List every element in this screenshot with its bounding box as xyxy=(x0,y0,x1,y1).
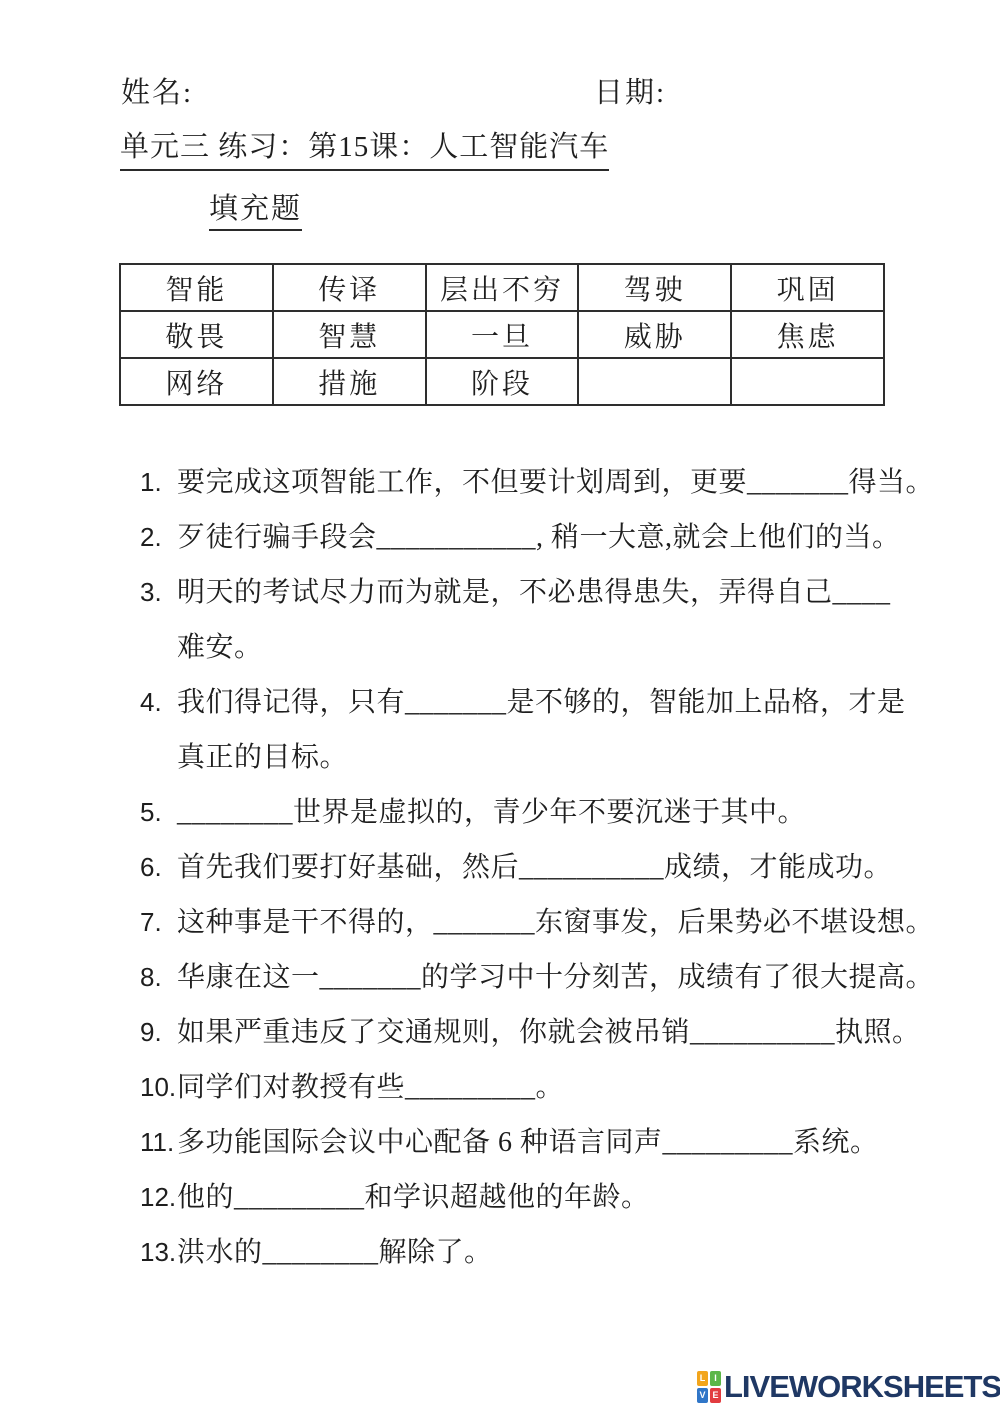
question-item: 7.这种事是干不得的，_______东窗事发，后果势必不堪设想。 xyxy=(140,895,945,950)
i-tile-icon: I xyxy=(710,1371,721,1386)
word-bank-row: 敬畏智慧一旦威胁焦虑 xyxy=(120,311,884,358)
question-number: 8. xyxy=(140,950,177,1005)
l-tile-icon: L xyxy=(697,1371,708,1386)
question-text: 我们得记得，只有_______是不够的，智能加上品格，才是 真正的目标。 xyxy=(177,675,906,785)
question-text: 首先我们要打好基础，然后__________成绩，才能成功。 xyxy=(177,840,892,895)
questions-list: 1.要完成这项智能工作，不但要计划周到，更要_______得当。2.歹徒行骗手段… xyxy=(140,455,945,1280)
date-label: 日期: xyxy=(594,70,666,111)
word-bank-table: 智能传译层出不穷驾驶巩固敬畏智慧一旦威胁焦虑网络措施阶段 xyxy=(119,263,885,406)
question-text: 明天的考试尽力而为就是，不必患得患失，弄得自己____ 难安。 xyxy=(177,565,891,675)
page-title: 单元三 练习：第15课：人工智能汽车 xyxy=(120,124,609,171)
liveworksheets-logo[interactable]: LIVE LIVEWORKSHEETS xyxy=(697,1369,1000,1405)
question-item: 6.首先我们要打好基础，然后__________成绩，才能成功。 xyxy=(140,840,945,895)
question-number: 7. xyxy=(140,895,177,950)
section-heading: 填充题 xyxy=(209,186,302,231)
word-bank-cell xyxy=(731,358,884,405)
word-bank-cell: 一旦 xyxy=(426,311,579,358)
liveworksheets-logo-text: LIVEWORKSHEETS xyxy=(724,1369,1000,1405)
question-number: 12. xyxy=(140,1170,177,1225)
question-number: 3. xyxy=(140,565,177,620)
e-tile-icon: E xyxy=(710,1388,721,1403)
question-text: ________世界是虚拟的，青少年不要沉迷于其中。 xyxy=(177,785,806,840)
word-bank-row: 智能传译层出不穷驾驶巩固 xyxy=(120,264,884,311)
header-row: 姓名: 日期: xyxy=(0,70,1000,110)
question-item: 4.我们得记得，只有_______是不够的，智能加上品格，才是 真正的目标。 xyxy=(140,675,945,785)
question-text: 这种事是干不得的，_______东窗事发，后果势必不堪设想。 xyxy=(177,895,934,950)
question-item: 11.多功能国际会议中心配备 6 种语言同声_________系统。 xyxy=(140,1115,945,1170)
word-bank-cell: 威胁 xyxy=(578,311,731,358)
word-bank-cell: 驾驶 xyxy=(578,264,731,311)
question-item: 5.________世界是虚拟的，青少年不要沉迷于其中。 xyxy=(140,785,945,840)
question-number: 10. xyxy=(140,1060,177,1115)
question-number: 2. xyxy=(140,510,177,565)
word-bank-cell: 敬畏 xyxy=(120,311,273,358)
question-item: 12.他的_________和学识超越他的年龄。 xyxy=(140,1170,945,1225)
question-number: 6. xyxy=(140,840,177,895)
word-bank-body: 智能传译层出不穷驾驶巩固敬畏智慧一旦威胁焦虑网络措施阶段 xyxy=(120,264,884,405)
question-item: 1.要完成这项智能工作，不但要计划周到，更要_______得当。 xyxy=(140,455,945,510)
question-number: 11. xyxy=(140,1115,177,1170)
question-text: 同学们对教授有些_________。 xyxy=(177,1060,564,1115)
word-bank-cell: 焦虑 xyxy=(731,311,884,358)
question-number: 9. xyxy=(140,1005,177,1060)
word-bank-row: 网络措施阶段 xyxy=(120,358,884,405)
word-bank-cell: 智慧 xyxy=(273,311,426,358)
question-text: 他的_________和学识超越他的年龄。 xyxy=(177,1170,650,1225)
question-number: 1. xyxy=(140,455,177,510)
word-bank-cell: 巩固 xyxy=(731,264,884,311)
name-label: 姓名: xyxy=(121,70,193,111)
question-item: 13.洪水的________解除了。 xyxy=(140,1225,945,1280)
question-text: 多功能国际会议中心配备 6 种语言同声_________系统。 xyxy=(177,1115,879,1170)
question-text: 如果严重违反了交通规则，你就会被吊销__________执照。 xyxy=(177,1005,921,1060)
word-bank-cell: 传译 xyxy=(273,264,426,311)
question-item: 3.明天的考试尽力而为就是，不必患得患失，弄得自己____ 难安。 xyxy=(140,565,945,675)
question-item: 10.同学们对教授有些_________。 xyxy=(140,1060,945,1115)
question-number: 4. xyxy=(140,675,177,730)
question-item: 8.华康在这一_______的学习中十分刻苦，成绩有了很大提高。 xyxy=(140,950,945,1005)
word-bank-cell: 层出不穷 xyxy=(426,264,579,311)
word-bank-cell: 措施 xyxy=(273,358,426,405)
question-item: 9.如果严重违反了交通规则，你就会被吊销__________执照。 xyxy=(140,1005,945,1060)
question-text: 歹徒行骗手段会___________, 稍一大意,就会上他们的当。 xyxy=(177,510,901,565)
question-item: 2.歹徒行骗手段会___________, 稍一大意,就会上他们的当。 xyxy=(140,510,945,565)
word-bank-cell xyxy=(578,358,731,405)
word-bank-cell: 网络 xyxy=(120,358,273,405)
question-text: 要完成这项智能工作，不但要计划周到，更要_______得当。 xyxy=(177,455,934,510)
v-tile-icon: V xyxy=(697,1388,708,1403)
question-number: 5. xyxy=(140,785,177,840)
word-bank-cell: 阶段 xyxy=(426,358,579,405)
liveworksheets-logo-grid: LIVE xyxy=(697,1371,721,1403)
worksheet-page: 姓名: 日期: 单元三 练习：第15课：人工智能汽车 填充题 智能传译层出不穷驾… xyxy=(0,0,1000,1413)
question-number: 13. xyxy=(140,1225,177,1280)
question-text: 华康在这一_______的学习中十分刻苦，成绩有了很大提高。 xyxy=(177,950,934,1005)
word-bank-cell: 智能 xyxy=(120,264,273,311)
question-text: 洪水的________解除了。 xyxy=(177,1225,493,1280)
